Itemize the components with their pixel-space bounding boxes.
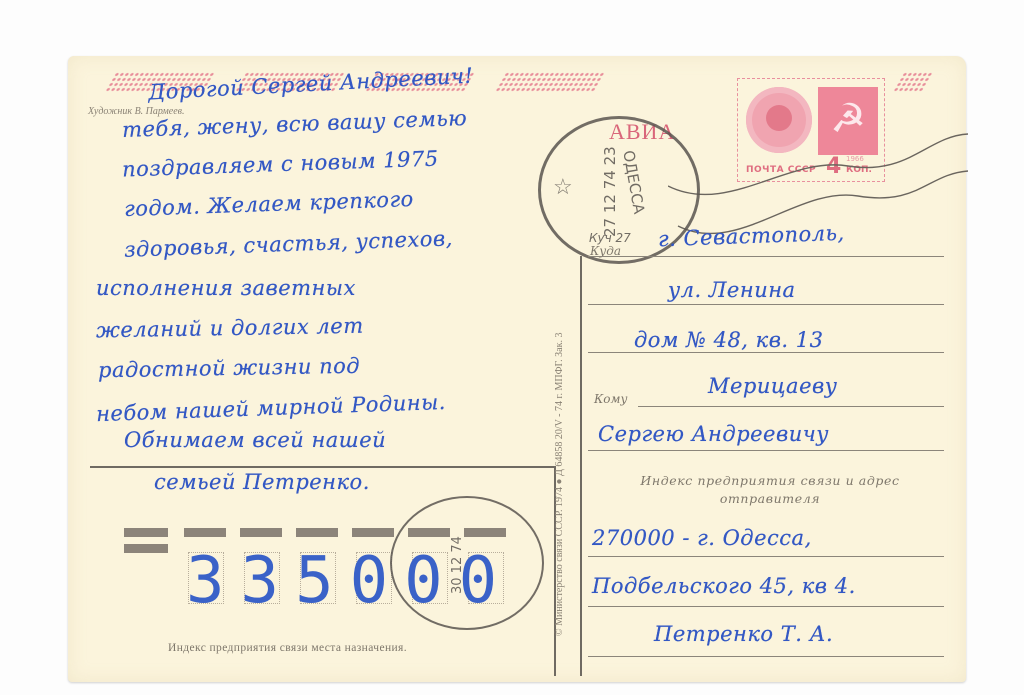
index-dash <box>184 528 226 537</box>
address-rule <box>588 304 944 305</box>
message-line: годом. Желаем крепкого <box>124 187 414 221</box>
postmark-sevastopol: 30 12 74 <box>390 496 544 630</box>
message-line: исполнения заветных <box>96 276 356 300</box>
address-rule <box>588 256 944 257</box>
sender-line: Петренко Т. А. <box>654 622 833 646</box>
airmail-band-5 <box>892 72 934 92</box>
destination-index-caption: Индекс предприятия связи места назначени… <box>168 642 407 654</box>
index-dash <box>240 528 282 537</box>
publisher-imprint: © Министерство связи СССР. 1974 ● Д 6485… <box>554 333 565 636</box>
sender-line: Подбельского 45, кв 4. <box>592 574 856 598</box>
recipient-address-line: дом № 48, кв. 13 <box>634 328 824 352</box>
message-line: Обнимаем всей нашей <box>124 428 386 452</box>
postmark-date: 30 12 74 <box>450 536 465 594</box>
postcard: Художник В. Пармеев. Дорогой Сергей Андр… <box>68 56 966 682</box>
message-line: здоровья, счастья, успехов, <box>124 226 454 261</box>
address-rule <box>588 450 944 451</box>
message-line: радостной жизни под <box>98 354 361 383</box>
message-line: семьей Петренко. <box>154 470 370 494</box>
message-line: поздравляем с новым 1975 <box>122 146 439 181</box>
address-rule <box>588 606 944 607</box>
index-dash <box>124 544 168 553</box>
label-whom: Кому <box>594 392 627 406</box>
address-rule <box>588 352 944 353</box>
message-line: Дорогой Сергей Андреевич! <box>148 63 474 104</box>
index-dash <box>124 528 168 537</box>
index-dash <box>296 528 338 537</box>
sender-label: Индекс предприятия связи и адрес отправи… <box>592 472 948 508</box>
sender-line: 270000 - г. Одесса, <box>592 526 812 550</box>
message-line: небом нашей мирной Родины. <box>96 390 447 426</box>
recipient-address-line: ул. Ленина <box>668 278 796 302</box>
message-bottom-rule <box>90 466 554 468</box>
star-icon: ☆ <box>553 175 573 200</box>
postmark-city: ОДЕССА <box>619 149 648 215</box>
airmail-band-4 <box>494 72 606 92</box>
index-dash <box>352 528 394 537</box>
recipient-name-line: Мерицаеву <box>708 374 837 398</box>
postmark-station: Куч 27 <box>589 231 631 245</box>
message-line: желаний и долгих лет <box>96 314 364 343</box>
address-rule <box>638 406 944 407</box>
address-rule <box>588 556 944 557</box>
recipient-name-line: Сергею Андреевичу <box>598 422 829 446</box>
postmark-date: 27 12 74 23 <box>601 146 619 237</box>
address-divider <box>580 256 582 676</box>
address-rule <box>588 656 944 657</box>
